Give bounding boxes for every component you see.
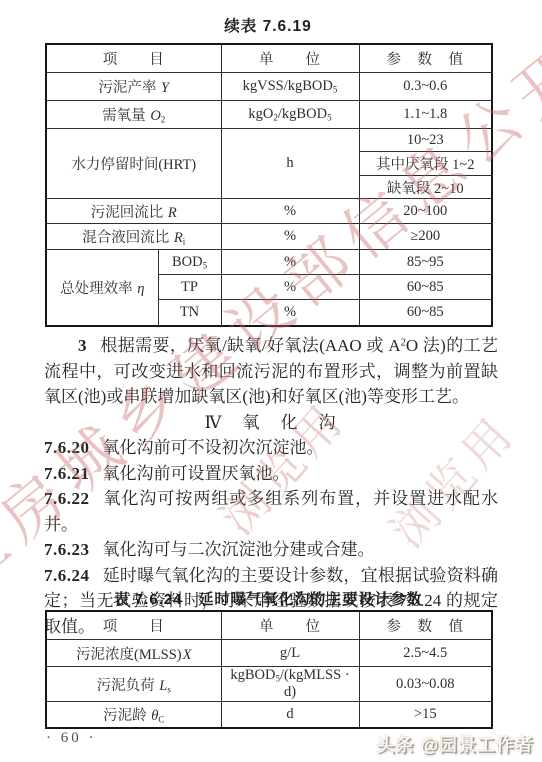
header-value: 参 数 值 [359, 611, 492, 640]
cell-item-hrt: 水力停留时间(HRT) [46, 129, 221, 199]
clause-text: 氧化沟可按两组或多组系列布置，并设置进水配水井。 [44, 489, 498, 534]
table-header-row: 项 目 单 位 参 数 值 [46, 44, 492, 73]
table-caption-continued: 续表 7.6.19 [45, 14, 491, 36]
clause-7-6-20: 7.6.20氧化沟前可不设初次沉淀池。 [44, 435, 498, 461]
cell-item: 污泥龄 θC [46, 702, 221, 729]
cell-value: ≥200 [359, 224, 492, 250]
clause-number: 7.6.20 [44, 438, 90, 457]
cell-value-hrt-total: 10~23 [359, 129, 492, 152]
table-row: 污泥负荷 Ls kgBOD5/(kgMLSS · d) 0.03~0.08 [46, 667, 492, 702]
table-row: 污泥回流比 R % 20~100 [46, 199, 492, 224]
clause-7-6-23: 7.6.23氧化沟可与二次沉淀池分建或合建。 [44, 537, 498, 563]
clause-text: 氧化沟前可不设初次沉淀池。 [103, 438, 324, 457]
cell-item: 污泥回流比 R [46, 199, 221, 224]
cell-value-hrt-anoxic: 缺氧段 2~10 [359, 176, 492, 199]
cell-unit: % [221, 275, 359, 300]
table-row: 污泥龄 θC d >15 [46, 702, 492, 729]
table-row: 总处理效率 η BOD5 % 85~95 [46, 250, 492, 275]
section-heading-oxidation-ditch: Ⅳ 氧 化 沟 [44, 410, 498, 436]
cell-item: 污泥浓度(MLSS)X [46, 640, 221, 667]
cell-unit: kgBOD5/(kgMLSS · d) [221, 667, 359, 702]
clause-3: 3根据需要，厌氧/缺氧/好氧法(AAO 或 A2O 法)的工艺流程中，可改变进水… [44, 333, 498, 410]
table-caption-7-6-24: 表 7.6.24 延时曝气氧化沟的主要设计参数 [45, 588, 491, 609]
clause-text: 氧化沟可与二次沉淀池分建或合建。 [103, 540, 375, 559]
cell-unit: % [221, 224, 359, 250]
cell-value: 60~85 [359, 275, 492, 300]
table-row: 水力停留时间(HRT) h 10~23 [46, 129, 492, 152]
clause-number: 7.6.21 [44, 464, 90, 483]
table-header-row: 项 目 单 位 参 数 值 [46, 611, 492, 640]
page-number: · 60 · [46, 730, 97, 747]
table-row: 需氧量 O2 kgO2/kgBOD5 1.1~1.8 [46, 101, 492, 129]
cell-value: 2.5~4.5 [359, 640, 492, 667]
cell-sub-tn: TN [158, 300, 221, 327]
cell-unit: % [221, 300, 359, 327]
cell-unit: d [221, 702, 359, 729]
cell-item: 污泥产率 Y [46, 73, 221, 101]
cell-value: 60~85 [359, 300, 492, 327]
table-row: 混合液回流比 Ri % ≥200 [46, 224, 492, 250]
cell-value: >15 [359, 702, 492, 729]
cell-item-total-efficiency: 总处理效率 η [46, 250, 158, 327]
clause-number: 7.6.24 [44, 566, 90, 585]
table-7-6-24: 项 目 单 位 参 数 值 污泥浓度(MLSS)X g/L 2.5~4.5 污泥… [45, 610, 493, 729]
cell-value: 85~95 [359, 250, 492, 275]
cell-unit: % [221, 250, 359, 275]
cell-sub-bod5: BOD5 [158, 250, 221, 275]
cell-value-hrt-anaerobic: 其中厌氧段 1~2 [359, 152, 492, 176]
clause-number: 7.6.22 [44, 489, 90, 508]
document-page: 住房城乡建设部信息公开 浏览用 浏览用 续表 7.6.19 项 目 单 位 参 … [0, 0, 542, 762]
cell-unit: kgVSS/kgBOD5 [221, 73, 359, 101]
cell-unit: kgO2/kgBOD5 [221, 101, 359, 129]
cell-value: 0.03~0.08 [359, 667, 492, 702]
clause-number: 3 [78, 336, 87, 355]
cell-item: 需氧量 O2 [46, 101, 221, 129]
cell-value: 20~100 [359, 199, 492, 224]
table-row: 污泥浓度(MLSS)X g/L 2.5~4.5 [46, 640, 492, 667]
clause-7-6-22: 7.6.22氧化沟可按两组或多组系列布置，并设置进水配水井。 [44, 486, 498, 537]
table-row: 污泥产率 Y kgVSS/kgBOD5 0.3~0.6 [46, 73, 492, 101]
header-item: 项 目 [46, 611, 221, 640]
cell-unit: % [221, 199, 359, 224]
header-item: 项 目 [46, 44, 221, 73]
header-value: 参 数 值 [359, 44, 492, 73]
clause-text: 根据需要，厌氧/缺氧/好氧法(AAO 或 A2O 法)的工艺流程中，可改变进水和… [44, 336, 498, 406]
cell-item: 混合液回流比 Ri [46, 224, 221, 250]
cell-value: 1.1~1.8 [359, 101, 492, 129]
cell-sub-tp: TP [158, 275, 221, 300]
header-unit: 单 位 [221, 611, 359, 640]
clause-7-6-21: 7.6.21氧化沟前可设置厌氧池。 [44, 461, 498, 487]
clause-text: 氧化沟前可设置厌氧池。 [103, 464, 290, 483]
cell-unit: g/L [221, 640, 359, 667]
toutiao-brand-watermark: 头条 @园景工作者 [376, 731, 534, 757]
clause-number: 7.6.23 [44, 540, 90, 559]
cell-item: 污泥负荷 Ls [46, 667, 221, 702]
table-7-6-19-continued: 项 目 单 位 参 数 值 污泥产率 Y kgVSS/kgBOD5 0.3~0.… [45, 43, 493, 327]
cell-unit-hrt: h [221, 129, 359, 199]
cell-value: 0.3~0.6 [359, 73, 492, 101]
header-unit: 单 位 [221, 44, 359, 73]
